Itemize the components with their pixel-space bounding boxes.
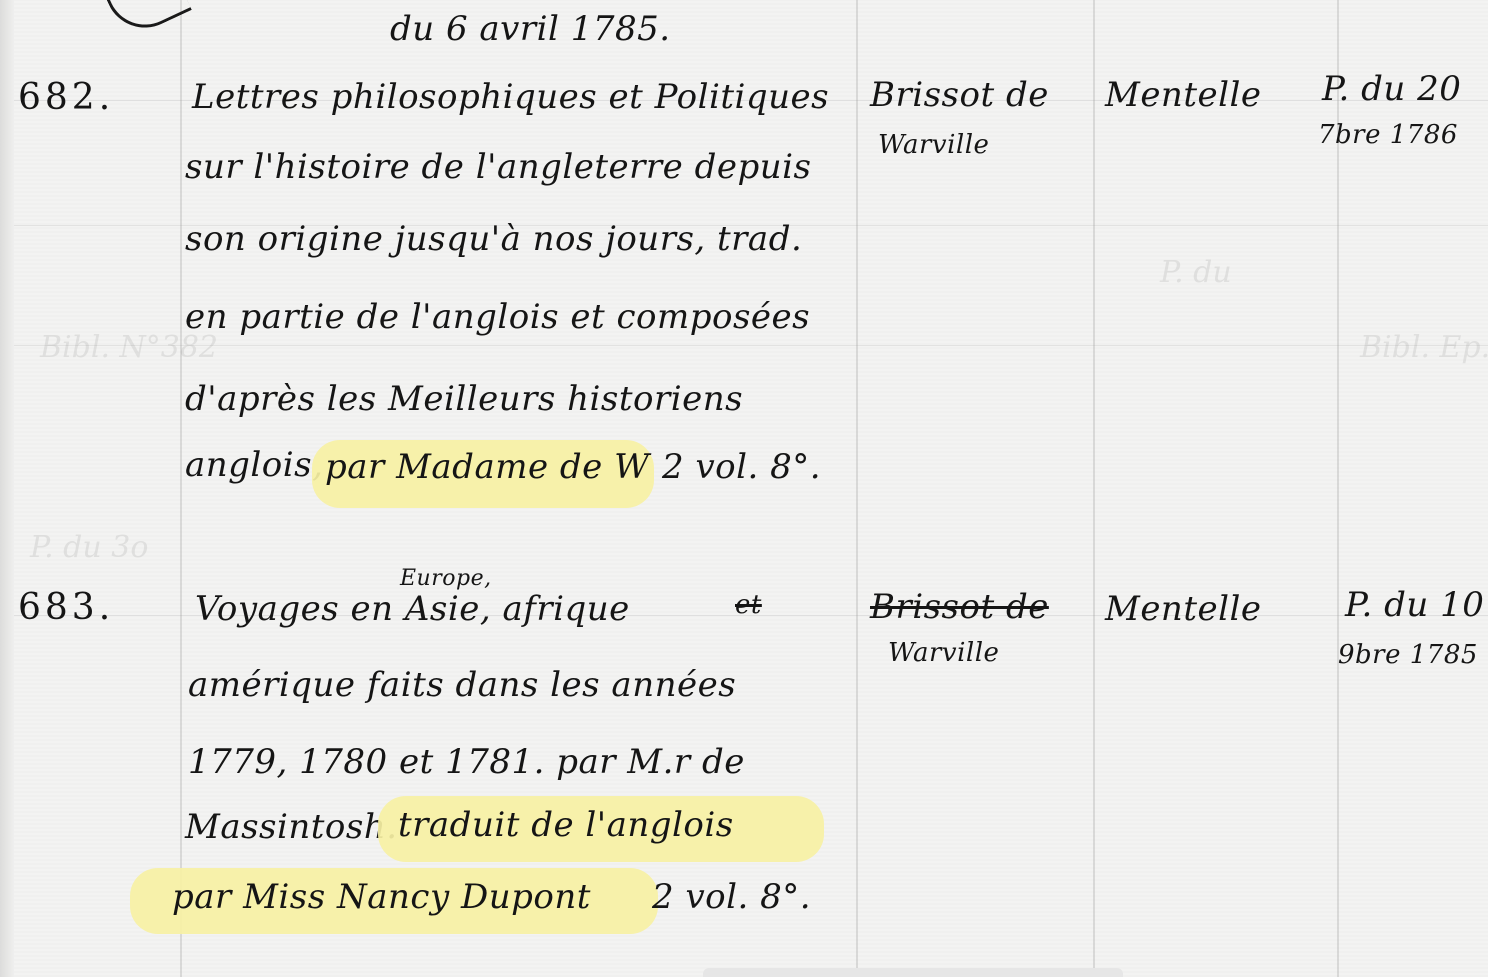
entry-number: 683. — [18, 590, 114, 626]
author-line: Brissot de — [870, 78, 1049, 112]
highlighted-attribution: par Madame de W — [325, 450, 650, 484]
entry-number: 682. — [18, 80, 114, 116]
title-line: d'après les Meilleurs historiens — [185, 382, 743, 416]
title-line: 1779, 1780 et 1781. par M.r de — [188, 745, 745, 779]
author-line: Warville — [888, 640, 999, 666]
viewer-scroll-handle[interactable] — [703, 968, 1123, 977]
header-flourish — [101, 0, 192, 41]
title-line: sur l'histoire de l'angleterre depuis — [185, 150, 811, 184]
bleed-through-text: Bibl. Ep. — [1360, 330, 1488, 365]
insertion-above: Europe, — [400, 568, 492, 590]
column-rule-author — [1093, 0, 1095, 977]
title-line: amérique faits dans les années — [188, 668, 736, 702]
approver: Mentelle — [1105, 592, 1262, 626]
title-line: anglois, — [185, 448, 323, 482]
title-line: Massintosh. — [185, 810, 398, 844]
page-edge — [0, 0, 14, 977]
column-rule-number — [180, 0, 182, 977]
bleed-through-text: P. du — [1160, 255, 1232, 290]
author-line-struck: Brissot de — [870, 590, 1049, 624]
date-line: P. du 10 — [1345, 588, 1484, 622]
title-line: Voyages en Asie, afrique — [195, 592, 630, 626]
volume-format: 2 vol. 8°. — [652, 880, 811, 914]
title-line: en partie de l'anglois et composées — [185, 300, 810, 334]
date-line: 7bre 1786 — [1318, 122, 1458, 148]
manuscript-page: Bibl. N°382 P. du 3o P. du Bibl. Ep. du … — [0, 0, 1488, 977]
approver: Mentelle — [1105, 78, 1262, 112]
bleed-through-text: P. du 3o — [30, 530, 148, 565]
volume-format: 2 vol. 8°. — [662, 450, 821, 484]
title-line: son origine jusqu'à nos jours, trad. — [185, 222, 802, 256]
row-line — [14, 345, 1488, 346]
date-line: 9bre 1785 — [1338, 642, 1478, 668]
header-date: du 6 avril 1785. — [390, 12, 671, 46]
date-line: P. du 20 — [1322, 72, 1461, 106]
highlighted-translation: traduit de l'anglois — [398, 808, 734, 842]
author-line: Warville — [878, 132, 989, 158]
struck-word: et — [735, 592, 762, 618]
title-line: Lettres philosophiques et Politiques — [192, 80, 829, 114]
column-rule-title — [856, 0, 858, 977]
highlighted-translator: par Miss Nancy Dupont — [172, 880, 591, 914]
